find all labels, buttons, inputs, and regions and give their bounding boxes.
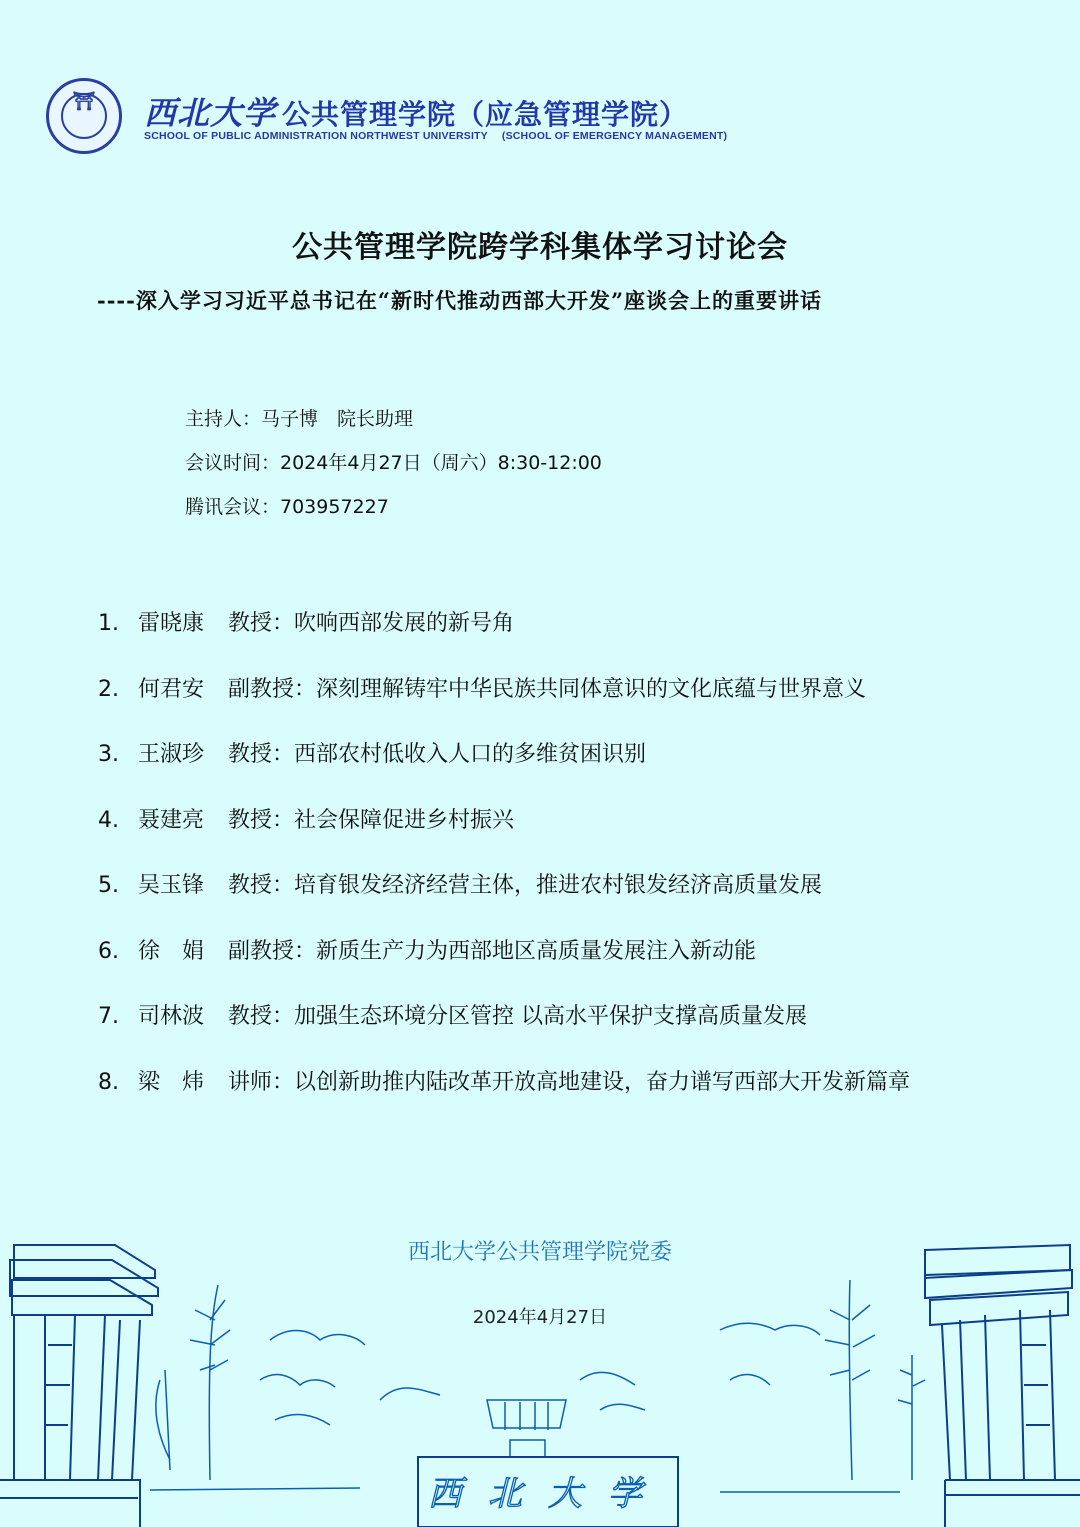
- talk-topic: 深刻理解铸牢中华民族共同体意识的文化底蕴与世界意义: [316, 670, 998, 736]
- footer-date: 2024年4月27日: [0, 1303, 1080, 1329]
- speaker-title: 教授：: [228, 866, 294, 932]
- speaker-name: 王淑珍: [138, 735, 226, 801]
- center-building: [380, 1372, 645, 1460]
- talk-topic: 新质生产力为西部地区高质量发展注入新动能: [316, 932, 998, 998]
- item-number: 5.: [98, 866, 138, 932]
- university-name-cn: 西北大学: [144, 94, 276, 132]
- campus-gate-sketch: 西北大学: [0, 1230, 1080, 1527]
- talk-topic: 培育银发经济经营主体，推进农村银发经济高质量发展: [294, 866, 998, 932]
- item-number: 4.: [98, 801, 138, 867]
- speaker-title: 副教授：: [228, 670, 316, 736]
- page-title: 公共管理学院跨学科集体学习讨论会: [0, 222, 1080, 266]
- speaker-title: 教授：: [228, 997, 294, 1063]
- agenda-item: 8. 梁 炜讲师：以创新助推内陆改革开放高地建设，奋力谱写西部大开发新篇章: [98, 1063, 998, 1109]
- speaker-title: 教授：: [228, 735, 294, 801]
- agenda-item: 1. 雷晓康 教授： 吹响西部发展的新号角: [98, 604, 998, 670]
- item-number: 6.: [98, 932, 138, 998]
- agenda-item: 2. 何君安 副教授： 深刻理解铸牢中华民族共同体意识的文化底蕴与世界意义: [98, 670, 998, 736]
- university-seal-logo: ⛩: [46, 78, 122, 154]
- left-gate-pillar: [0, 1245, 158, 1527]
- talk-topic: 加强生态环境分区管控 以高水平保护支撑高质量发展: [294, 997, 998, 1063]
- talk-topic: 以创新助推内陆改革开放高地建设，奋力谱写西部大开发新篇章: [294, 1070, 910, 1095]
- speaker-title: 副教授：: [228, 932, 316, 998]
- college-header: ⛩ 西北大学公共管理学院（应急管理学院） SCHOOL OF PUBLIC AD…: [46, 78, 666, 162]
- speaker-name: 雷晓康: [138, 604, 226, 670]
- meeting-info: 主持人：马子博 院长助理 会议时间：2024年4月27日（周六）8:30-12:…: [185, 397, 602, 529]
- college-name-en-sub: (SCHOOL OF EMERGENCY MANAGEMENT): [502, 130, 727, 142]
- speaker-name: 吴玉锋: [138, 866, 226, 932]
- item-number: 3.: [98, 735, 138, 801]
- speaker-title: 讲师：: [228, 1070, 294, 1095]
- speaker-name: 司林波: [138, 997, 226, 1063]
- agenda-item: 7. 司林波 教授： 加强生态环境分区管控 以高水平保护支撑高质量发展: [98, 997, 998, 1063]
- time-line: 会议时间：2024年4月27日（周六）8:30-12:00: [185, 441, 602, 485]
- speaker-name: 梁 炜: [138, 1057, 226, 1109]
- college-name-en: SCHOOL OF PUBLIC ADMINISTRATION NORTHWES…: [144, 130, 727, 142]
- organizer-name: 西北大学公共管理学院党委: [0, 1235, 1080, 1266]
- agenda-item: 5. 吴玉锋 教授： 培育银发经济经营主体，推进农村银发经济高质量发展: [98, 866, 998, 932]
- talk-topic: 西部农村低收入人口的多维贫困识别: [294, 735, 998, 801]
- gate-emblem-icon: ⛩: [49, 91, 119, 112]
- agenda-item: 4. 聂建亮 教授： 社会保障促进乡村振兴: [98, 801, 998, 867]
- speaker-name: 何君安: [138, 670, 226, 736]
- right-gate-pillar: [925, 1245, 1080, 1527]
- speaker-name: 聂建亮: [138, 801, 226, 867]
- agenda-list: 1. 雷晓康 教授： 吹响西部发展的新号角 2. 何君安 副教授： 深刻理解铸牢…: [98, 604, 998, 1109]
- item-number: 7.: [98, 997, 138, 1063]
- talk-topic: 社会保障促进乡村振兴: [294, 801, 998, 867]
- speaker-title: 教授：: [228, 604, 294, 670]
- college-name: 公共管理学院（应急管理学院）: [282, 98, 688, 131]
- item-number: 2.: [98, 670, 138, 736]
- item-number: 8.: [98, 1063, 138, 1109]
- talk-topic: 吹响西部发展的新号角: [294, 604, 998, 670]
- college-name-en-main: SCHOOL OF PUBLIC ADMINISTRATION NORTHWES…: [144, 130, 488, 142]
- gate-sign-text: 西北大学: [428, 1474, 668, 1514]
- item-number: 1.: [98, 604, 138, 670]
- agenda-item: 3. 王淑珍 教授： 西部农村低收入人口的多维贫困识别: [98, 735, 998, 801]
- speaker-name: 徐 娟: [138, 932, 226, 998]
- host-line: 主持人：马子博 院长助理: [185, 397, 602, 441]
- agenda-item-body: 梁 炜讲师：以创新助推内陆改革开放高地建设，奋力谱写西部大开发新篇章: [138, 1057, 998, 1109]
- tencent-meeting-line: 腾讯会议：703957227: [185, 485, 602, 529]
- college-name-cn: 西北大学公共管理学院（应急管理学院）: [144, 88, 688, 134]
- agenda-item: 6. 徐 娟 副教授： 新质生产力为西部地区高质量发展注入新动能: [98, 932, 998, 998]
- page-subtitle: ----深入学习习近平总书记在“新时代推动西部大开发”座谈会上的重要讲话: [97, 285, 822, 315]
- speaker-title: 教授：: [228, 801, 294, 867]
